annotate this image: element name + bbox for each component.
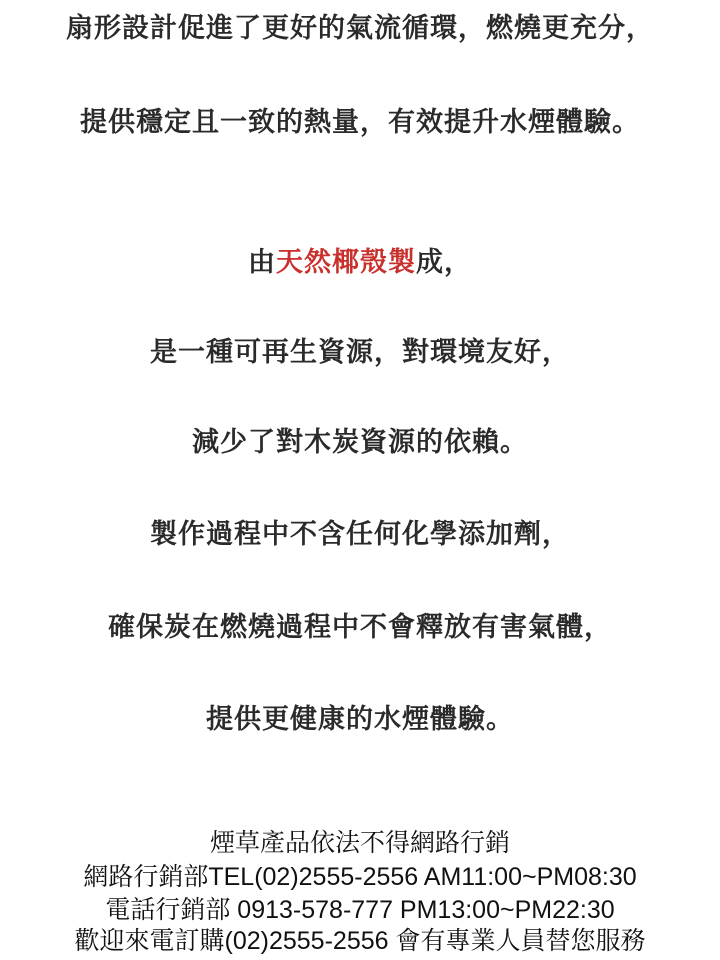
material-highlight: 天然椰殼製 [276, 247, 416, 278]
feature-line-1: 扇形設計促進了更好的氣流循環，燃燒更充分， [0, 6, 720, 45]
footer-notice: 煙草產品依法不得網路行銷 [0, 826, 720, 860]
footer-order-info: 歡迎來電訂購(02)2555-2556 會有專業人員替您服務 [0, 924, 720, 958]
material-line-2: 是一種可再生資源，對環境友好， [0, 330, 720, 369]
material-line-1: 由天然椰殼製成， [0, 240, 720, 279]
material-line-5: 確保炭在燃燒過程中不會釋放有害氣體， [0, 605, 720, 644]
material-prefix: 由 [248, 247, 276, 278]
material-line-4: 製作過程中不含任何化學添加劑， [0, 512, 720, 551]
material-line-3: 減少了對木炭資源的依賴。 [0, 420, 720, 459]
material-suffix: 成， [416, 247, 472, 278]
material-line-6: 提供更健康的水煙體驗。 [0, 697, 720, 736]
feature-line-2: 提供穩定且一致的熱量，有效提升水煙體驗。 [0, 100, 720, 139]
footer-online-sales: 網路行銷部TEL(02)2555-2556 AM11:00~PM08:30 [0, 860, 720, 894]
footer-phone-sales: 電話行銷部 0913-578-777 PM13:00~PM22:30 [0, 893, 720, 927]
